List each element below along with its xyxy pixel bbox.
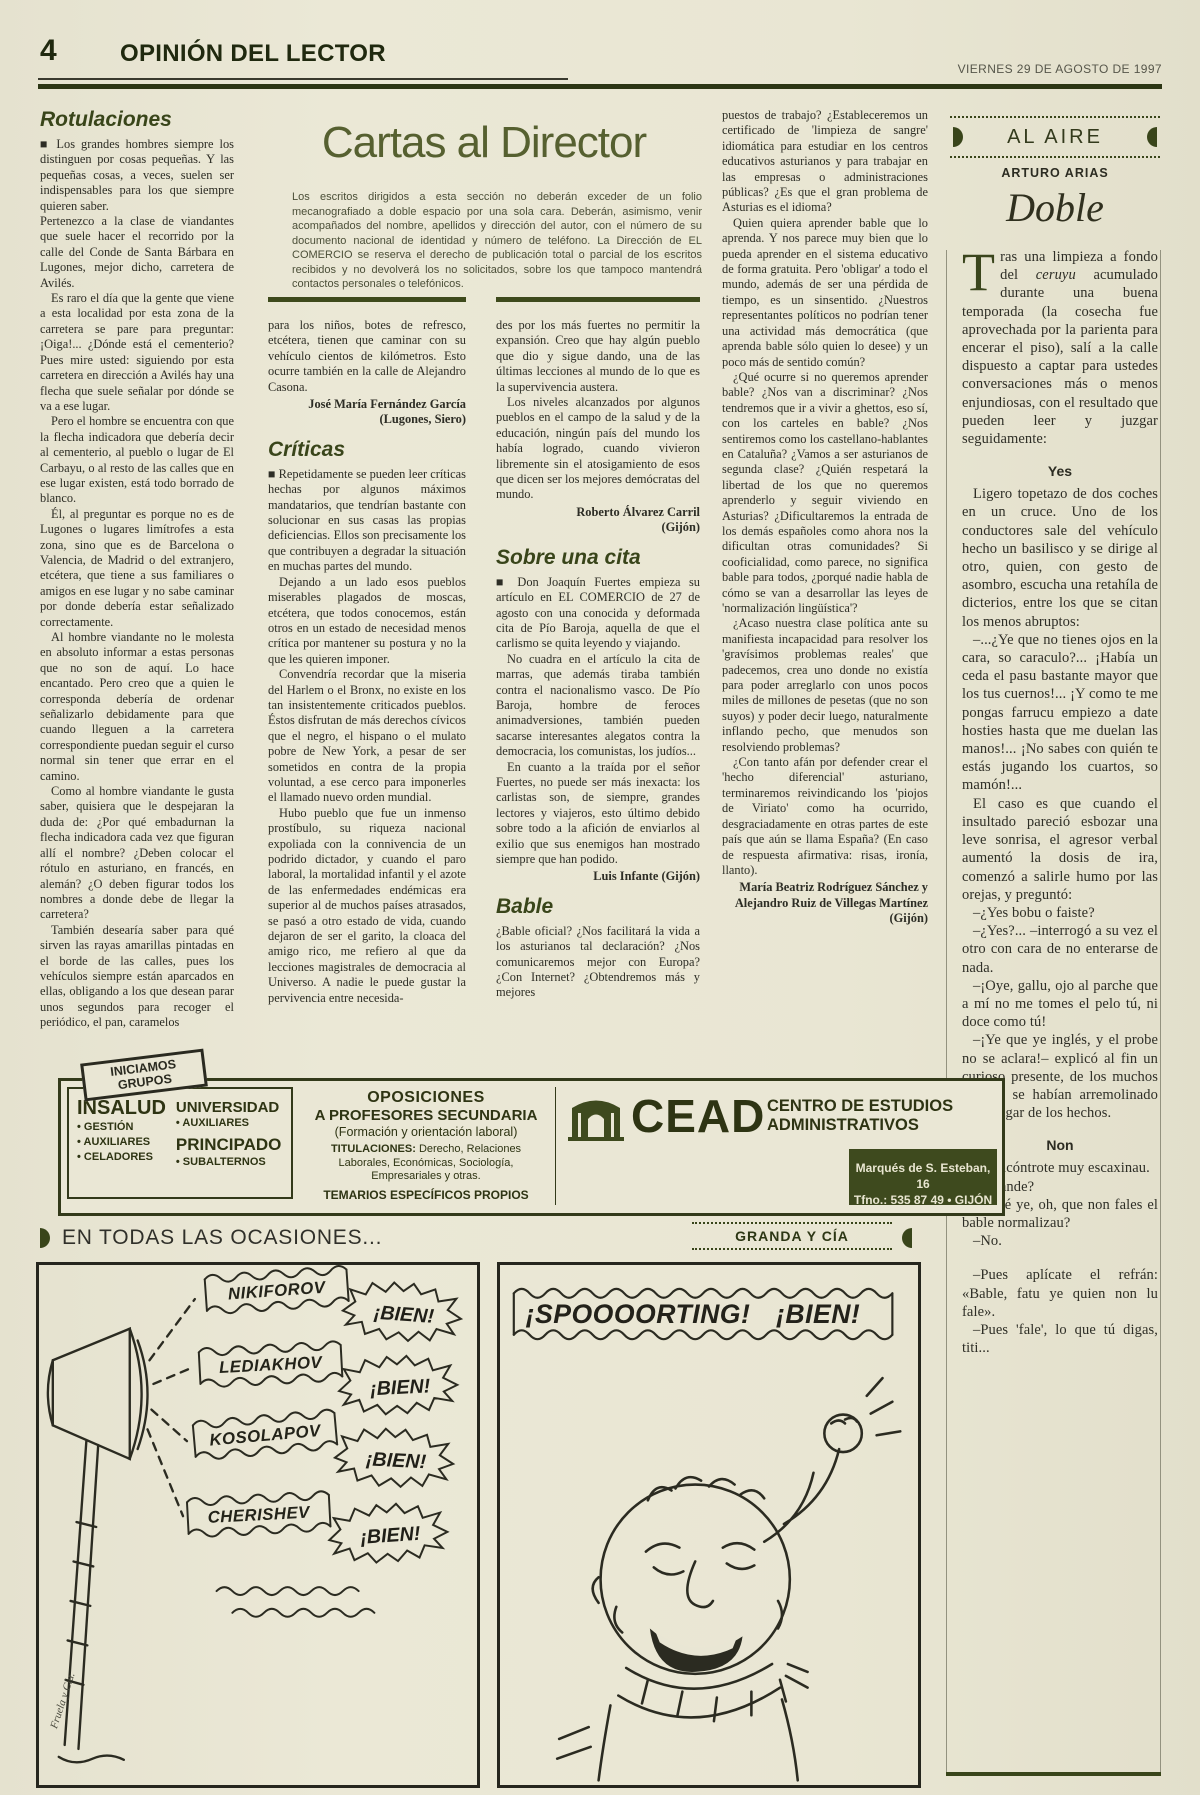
paragraph: En cuanto a la traída por el señor Fuert…	[496, 760, 700, 868]
section-title: OPINIÓN DEL LECTOR	[120, 40, 386, 68]
paragraph: ■ Repetidamente se pueden leer críticas …	[268, 467, 466, 575]
paragraph: –¡Oye, gallu, ojo al parche que a mí no …	[962, 977, 1158, 1032]
ad-titulaciones-label: TITULACIONES:	[331, 1143, 416, 1155]
comic-name-text: CHERISHEV	[207, 1503, 311, 1527]
ad-left-block: INSALUD • GESTIÓN • AUXILIARES • CELADOR…	[67, 1087, 293, 1199]
cartoonist-signature: Fruela y Cía.	[48, 1671, 78, 1731]
signature-name: María Beatriz Rodríguez Sánchez y Alejan…	[722, 880, 928, 926]
signature-name: José María Fernández García	[268, 397, 466, 412]
cead-name-line2: ADMINISTRATIVOS	[767, 1116, 953, 1135]
paragraph: Hubo pueblo que fue un inmenso prostíbul…	[268, 806, 466, 1006]
paragraph: –Pues 'fale', lo que tú digas, titi...	[962, 1321, 1158, 1357]
al-aire-bottom-rule	[946, 1772, 1161, 1776]
paragraph: Quien quiera aprender bable que lo apren…	[722, 216, 928, 370]
half-circle-icon	[40, 1228, 50, 1248]
half-circle-icon	[953, 127, 963, 147]
comic-panel-left: NIKIFOROV ¡BIEN! LEDIAKHOV ¡BIEN! KOSOLA…	[36, 1262, 480, 1788]
comic-headline-text: ¡SPOOOORTING!	[526, 1299, 751, 1329]
arch-building-icon	[567, 1093, 625, 1141]
cead-phone: Tfno.: 535 87 49 • GIJÓN	[849, 1192, 997, 1208]
letter-signature: José María Fernández García (Lugones, Si…	[268, 397, 466, 428]
paragraph: Pero el hombre se encuentra con que la f…	[40, 414, 234, 506]
paragraph: Es raro el día que la gente que viene a …	[40, 291, 234, 414]
fan-caricature	[557, 1378, 900, 1780]
newspaper-page: 4 OPINIÓN DEL LECTOR VIERNES 29 DE AGOST…	[0, 0, 1200, 1795]
comic-name-text: KOSOLAPOV	[209, 1421, 323, 1450]
comic-headline-text: ¡BIEN!	[776, 1299, 860, 1329]
letters-column-2: para los niños, botes de refresco, etcét…	[268, 318, 466, 1070]
letter-title: Bable	[496, 895, 700, 919]
ad-item: • CELADORES	[77, 1150, 166, 1165]
column-rule	[946, 250, 947, 1774]
paragraph: –Pues aplícate el refrán: «Bable, fatu y…	[962, 1266, 1158, 1321]
ad-note: (Formación y orientación laboral)	[307, 1125, 545, 1139]
occasions-text: EN TODAS LAS OCASIONES...	[62, 1226, 382, 1250]
al-aire-kicker: AL AIRE	[950, 116, 1160, 158]
paragraph: Dejando a un lado esos pueblos miserable…	[268, 575, 466, 667]
paragraph: ¿Con tanto afán por defender crear el 'h…	[722, 755, 928, 878]
cead-address-bar: Marqués de S. Esteban, 16 Tfno.: 535 87 …	[849, 1149, 997, 1205]
paragraph: Ligero topetazo de dos coches en un cruc…	[962, 485, 1158, 631]
letter-signature: Luis Infante (Gijón)	[496, 869, 700, 884]
letter-rotulaciones: Rotulaciones ■ Los grandes hombres siemp…	[40, 108, 234, 1066]
half-circle-icon	[1147, 127, 1157, 147]
name-banner: KOSOLAPOV	[193, 1409, 338, 1461]
wave-flourish	[217, 1587, 375, 1617]
ad-item: • AUXILIARES	[176, 1116, 281, 1131]
letter-title: Sobre una cita	[496, 546, 700, 570]
letter-signature: María Beatriz Rodríguez Sánchez y Alejan…	[722, 880, 928, 926]
ad-universidad-title: UNIVERSIDAD	[176, 1099, 281, 1116]
paragraph: ■ Don Joaquín Fuertes empieza su artícul…	[496, 575, 700, 652]
cheer-burst: ¡BIEN!	[341, 1279, 463, 1344]
paragraph: ■ Los grandes hombres siempre los distin…	[40, 137, 234, 214]
paragraph: des por los más fuertes no permitir la e…	[496, 318, 700, 395]
paragraph: Al hombre viandante no le molesta en abs…	[40, 630, 234, 784]
name-banner: CHERISHEV	[187, 1491, 331, 1538]
ad-divider	[555, 1087, 556, 1205]
cheer-burst: ¡BIEN!	[327, 1500, 449, 1565]
comic-cheer-text: ¡BIEN!	[360, 1523, 422, 1549]
advertisement-box: INSALUD • GESTIÓN • AUXILIARES • CELADOR…	[58, 1078, 1005, 1216]
half-circle-icon	[902, 1228, 912, 1248]
paragraph: –No.	[962, 1232, 1158, 1250]
signature-name: Roberto Álvarez Carril	[496, 505, 700, 520]
paragraph: Los niveles alcanzados por algunos puebl…	[496, 395, 700, 503]
letter-title: Rotulaciones	[40, 108, 234, 132]
letter-title: Críticas	[268, 438, 466, 462]
paragraph: –¿Yes?... –interrogó a su vez el otro co…	[962, 922, 1158, 977]
comic-cheer-text: ¡BIEN!	[373, 1302, 435, 1328]
cartas-intro-text: Los escritos dirigidos a esta sección no…	[292, 190, 702, 292]
ad-oposiciones-subtitle: A PROFESORES SECUNDARIA	[307, 1107, 545, 1124]
comic-cheer-text: ¡BIEN!	[369, 1375, 431, 1400]
al-aire-lead: Tras una limpieza a fondo del ceruyu acu…	[962, 248, 1158, 448]
al-aire-title: Doble	[950, 184, 1160, 231]
column-rule	[1160, 250, 1161, 1774]
signature-name: Luis Infante (Gijón)	[496, 869, 700, 884]
ad-item: • SUBALTERNOS	[176, 1155, 281, 1170]
letters-column-4: puestos de trabajo? ¿Estableceremos un c…	[722, 108, 928, 1066]
paragraph: ¿Acaso nuestra clase política ante su ma…	[722, 616, 928, 755]
name-banner: NIKIFOROV	[204, 1266, 348, 1315]
cead-name: CENTRO DE ESTUDIOS ADMINISTRATIVOS	[767, 1097, 953, 1135]
divider-bar	[496, 297, 700, 302]
paragraph: Como al hombre viandante le gusta saber,…	[40, 784, 234, 923]
letter-signature: Roberto Álvarez Carril (Gijón)	[496, 505, 700, 536]
ad-center-block: OPOSICIONES A PROFESORES SECUNDARIA (For…	[307, 1089, 545, 1202]
subhead-yes: Yes	[962, 463, 1158, 479]
ad-insalud-block: INSALUD • GESTIÓN • AUXILIARES • CELADOR…	[77, 1097, 166, 1197]
ad-item: • AUXILIARES	[77, 1135, 166, 1150]
paragraph: También desearía saber para qué sirven l…	[40, 923, 234, 1031]
paragraph: No cuadra en el artículo la cita de marr…	[496, 652, 700, 760]
dropcap: T	[962, 248, 1000, 293]
comic-left-art: NIKIFOROV ¡BIEN! LEDIAKHOV ¡BIEN! KOSOLA…	[39, 1265, 477, 1785]
lead-italic-word: ceruyu	[1036, 267, 1076, 283]
comic-name-text: LEDIAKHOV	[219, 1353, 324, 1377]
al-aire-body: Tras una limpieza a fondo del ceruyu acu…	[962, 248, 1158, 1768]
comic-panel-right: ¡SPOOOORTING! ¡BIEN!	[497, 1262, 921, 1788]
ad-oposiciones-title: OPOSICIONES	[307, 1089, 545, 1107]
cheer-burst: ¡BIEN!	[334, 1426, 455, 1489]
letters-column-3: des por los más fuertes no permitir la e…	[496, 318, 700, 1070]
paragraph: ¿Bable oficial? ¿Nos facilitará la vida …	[496, 924, 700, 1001]
signature-place: (Gijón)	[496, 520, 700, 535]
al-aire-author: ARTURO ARIAS	[950, 166, 1160, 180]
paragraph: El caso es que cuando el insultado parec…	[962, 795, 1158, 904]
cead-address: Marqués de S. Esteban, 16	[849, 1160, 997, 1192]
paragraph: para los niños, botes de refresco, etcét…	[268, 318, 466, 395]
cheer-burst: ¡BIEN!	[337, 1353, 458, 1416]
page-number: 4	[40, 34, 57, 68]
paragraph: ¿Qué ocurre si no queremos aprender babl…	[722, 370, 928, 617]
signature-place: (Lugones, Siero)	[268, 412, 466, 427]
paragraph: puestos de trabajo? ¿Estableceremos un c…	[722, 108, 928, 216]
ad-item: • GESTIÓN	[77, 1120, 166, 1135]
masthead-thick-rule	[38, 84, 1162, 89]
paragraph: –...¿Ye que no tienes ojos en la cara, s…	[962, 631, 1158, 795]
masthead-thin-rule	[38, 78, 568, 80]
comic-right-art: ¡SPOOOORTING! ¡BIEN!	[500, 1265, 918, 1785]
date-line: VIERNES 29 DE AGOSTO DE 1997	[938, 62, 1162, 76]
cartas-al-director-title: Cartas al Director	[268, 118, 700, 168]
occasions-banner: EN TODAS LAS OCASIONES...	[40, 1226, 382, 1250]
ad-temarios: TEMARIOS ESPECÍFICOS PROPIOS	[307, 1188, 545, 1202]
cead-name-line1: CENTRO DE ESTUDIOS	[767, 1097, 953, 1116]
name-banner: LEDIAKHOV	[199, 1341, 343, 1388]
paragraph: Convendría recordar que la miseria del H…	[268, 667, 466, 806]
paragraph: –¿Yes bobu o faiste?	[962, 904, 1158, 922]
paragraph: Pertenezco a la clase de viandantes que …	[40, 214, 234, 291]
al-aire-label: AL AIRE	[1007, 126, 1103, 149]
comic-cheer-text: ¡BIEN!	[365, 1448, 427, 1473]
ad-titulaciones: TITULACIONES: Derecho, Relaciones Labora…	[307, 1143, 545, 1184]
paragraph: Él, al preguntar es porque no es de Lugo…	[40, 507, 234, 630]
granda-y-cia-label: GRANDA Y CÍA	[692, 1222, 892, 1250]
ad-universidad-block: UNIVERSIDAD • AUXILIARES PRINCIPADO • SU…	[176, 1097, 281, 1197]
ad-principado-title: PRINCIPADO	[176, 1135, 281, 1155]
divider-bar	[268, 297, 466, 302]
cead-brand: CEAD	[631, 1089, 765, 1143]
